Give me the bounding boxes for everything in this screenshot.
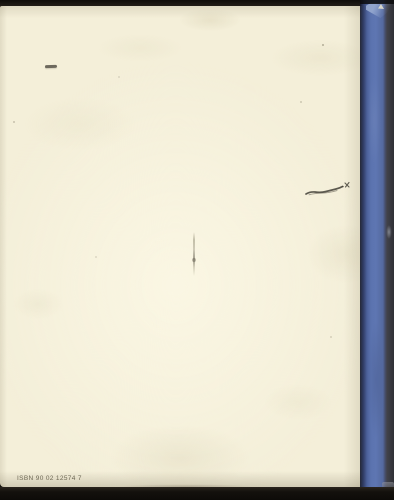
cover-stain-mottling: [0, 6, 366, 487]
back-cover-board: ISBN 90 02 12574 7: [0, 6, 366, 487]
spine-cloth-texture: [360, 0, 394, 500]
book-spine: [360, 0, 394, 500]
book-back-cover-photo: ISBN 90 02 12574 7: [0, 0, 394, 500]
dust-speck: [95, 256, 97, 258]
isbn-text: ISBN 90 02 12574 7: [17, 475, 82, 482]
spine-top-edge: [360, 0, 394, 4]
dust-speck: [330, 336, 332, 338]
dust-speck: [322, 44, 324, 46]
pen-dash-mark: [45, 65, 57, 68]
dust-speck: [13, 121, 15, 123]
dust-speck: [300, 101, 302, 103]
crease-dot: [192, 258, 196, 262]
crease-scratch: [193, 232, 195, 276]
photo-background-bottom: [0, 487, 394, 500]
dust-speck: [118, 76, 120, 78]
pen-squiggle-mark: [303, 176, 355, 202]
